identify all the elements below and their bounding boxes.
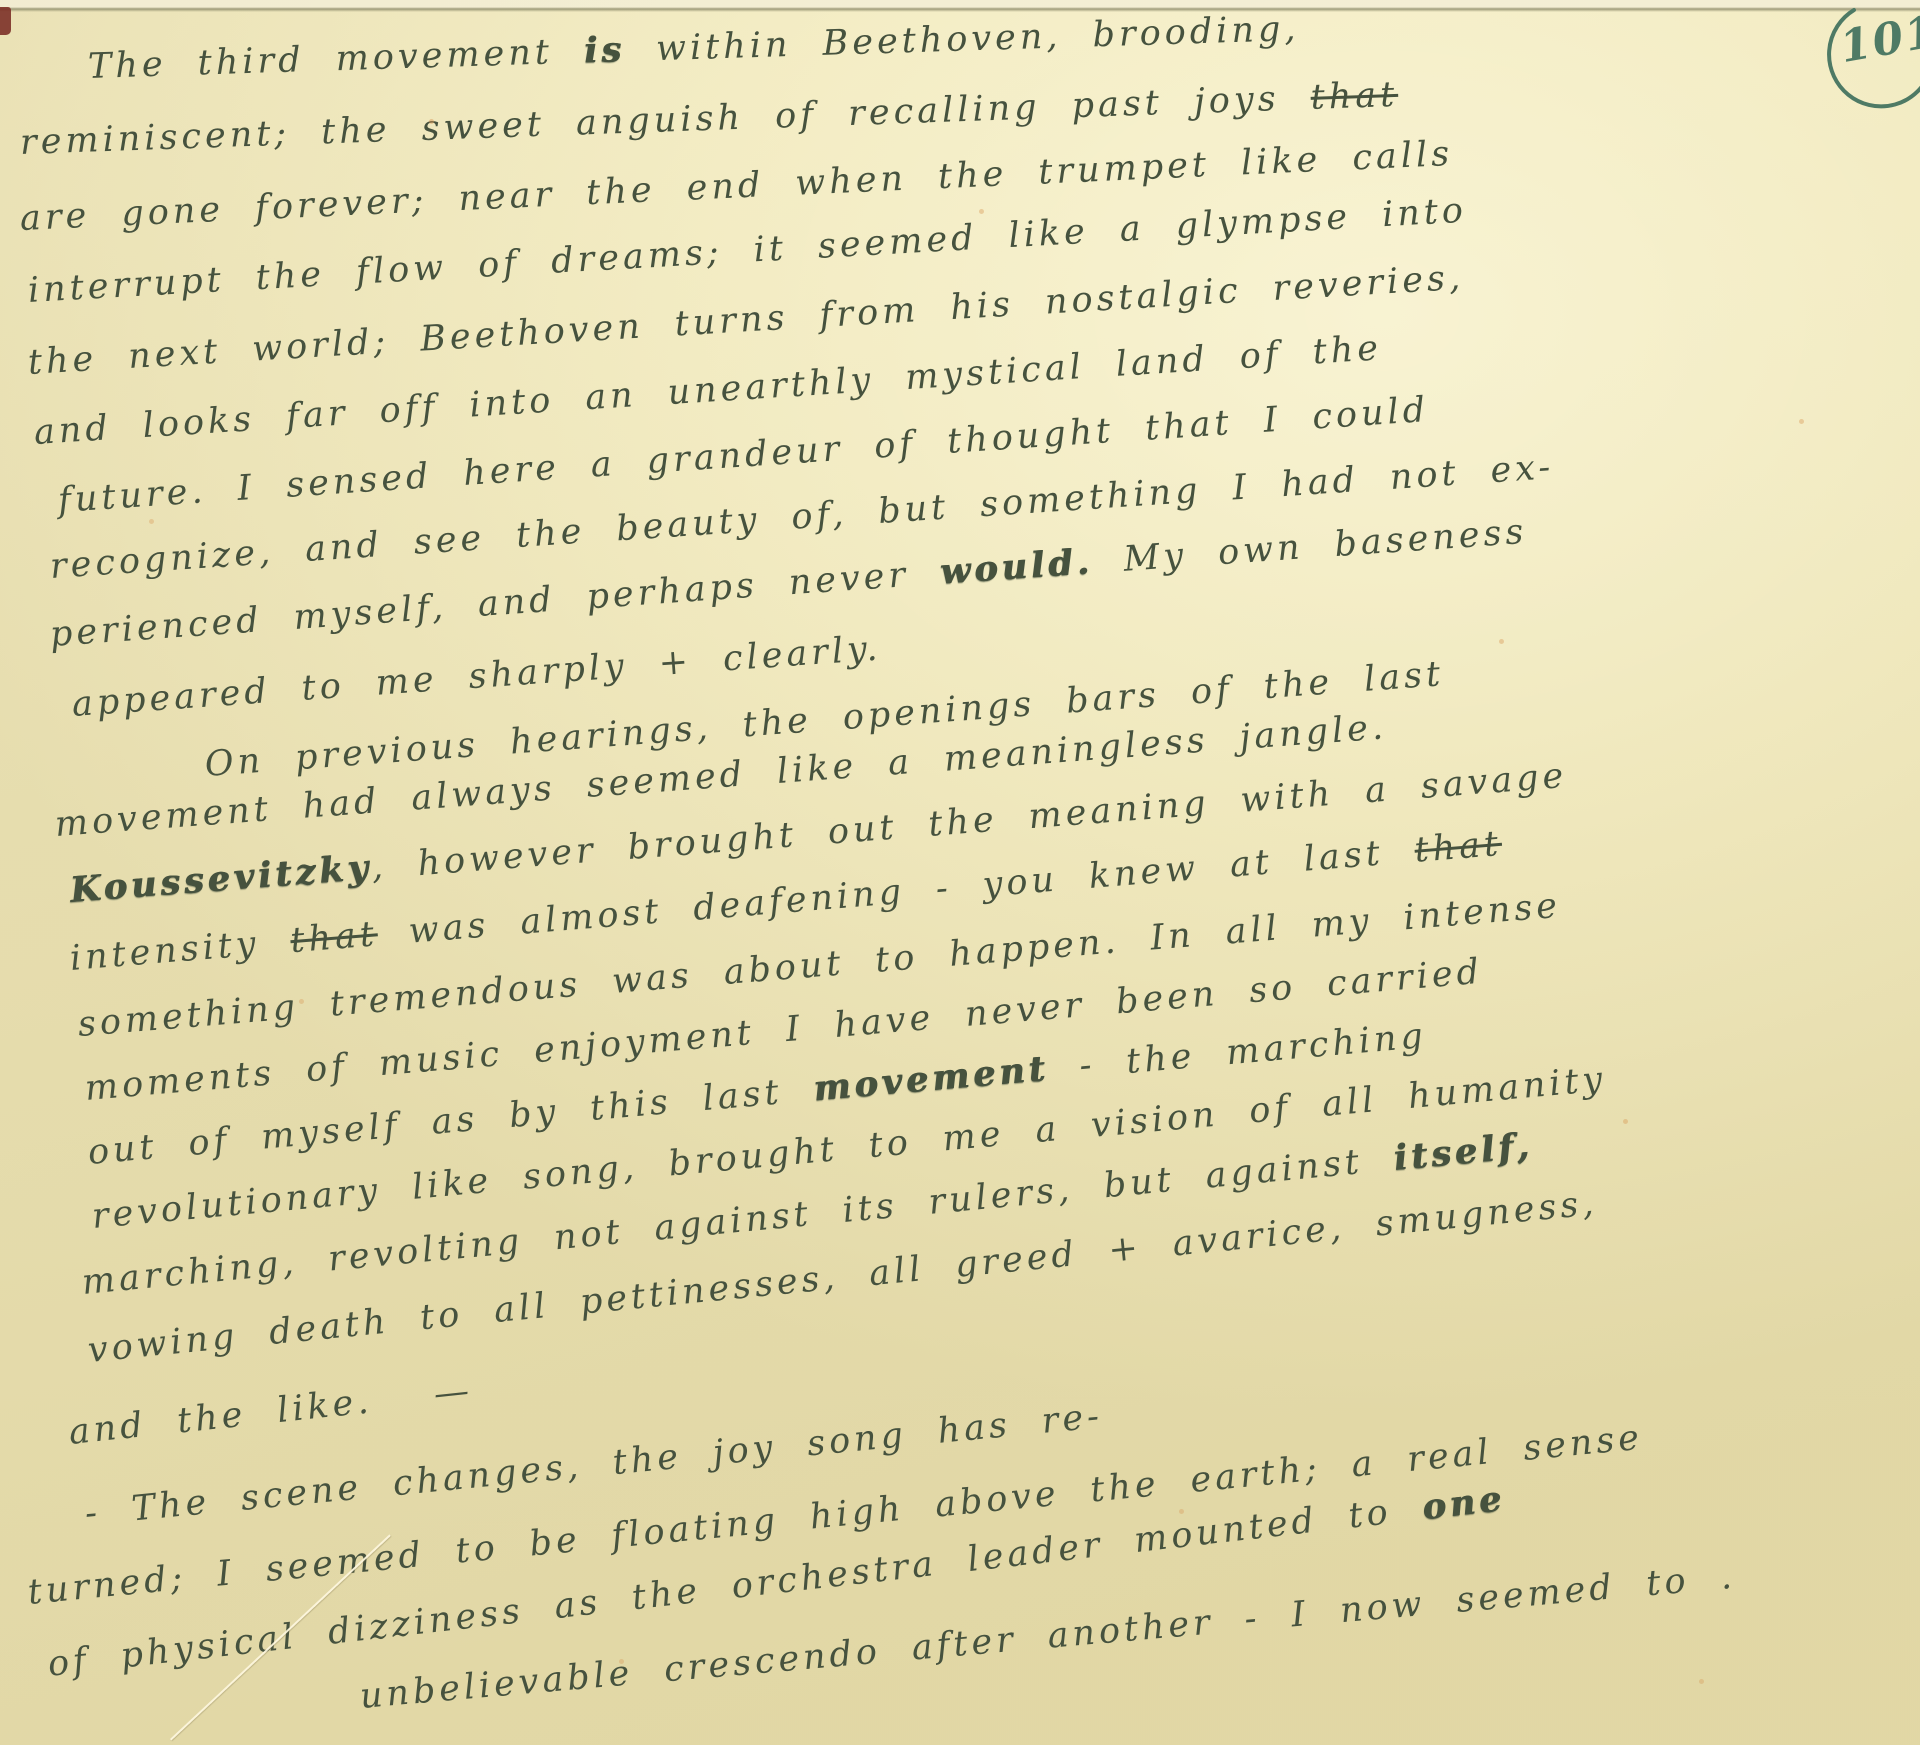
paper-speckles [0, 0, 3, 3]
struck-word: that [289, 914, 379, 961]
red-corner-mark [0, 7, 11, 35]
text-segment: intensity [68, 921, 292, 979]
page-top-edge [0, 0, 1920, 12]
text-segment: The third movement [87, 31, 584, 87]
overwritten-word: itself, [1392, 1125, 1534, 1179]
struck-word: that [1310, 75, 1399, 118]
overwritten-word: Koussevitzky [68, 847, 373, 911]
handwritten-line: unbelievable crescendo after another - I… [358, 1552, 1738, 1722]
text-segment: and the like. — [67, 1367, 506, 1452]
text-segment: within Beethoven, brooding, [624, 9, 1300, 70]
overwritten-word: is [583, 29, 625, 71]
overwritten-word: movement [812, 1048, 1051, 1109]
page-number: 101 [1812, 2, 1920, 117]
overwritten-word: would. [939, 541, 1094, 593]
journal-page: 101 The third movement is within Beethov… [0, 0, 1920, 1745]
text-segment: My own baseness [1091, 512, 1528, 582]
struck-word: that [1413, 824, 1503, 871]
overwritten-word: one [1420, 1478, 1507, 1528]
